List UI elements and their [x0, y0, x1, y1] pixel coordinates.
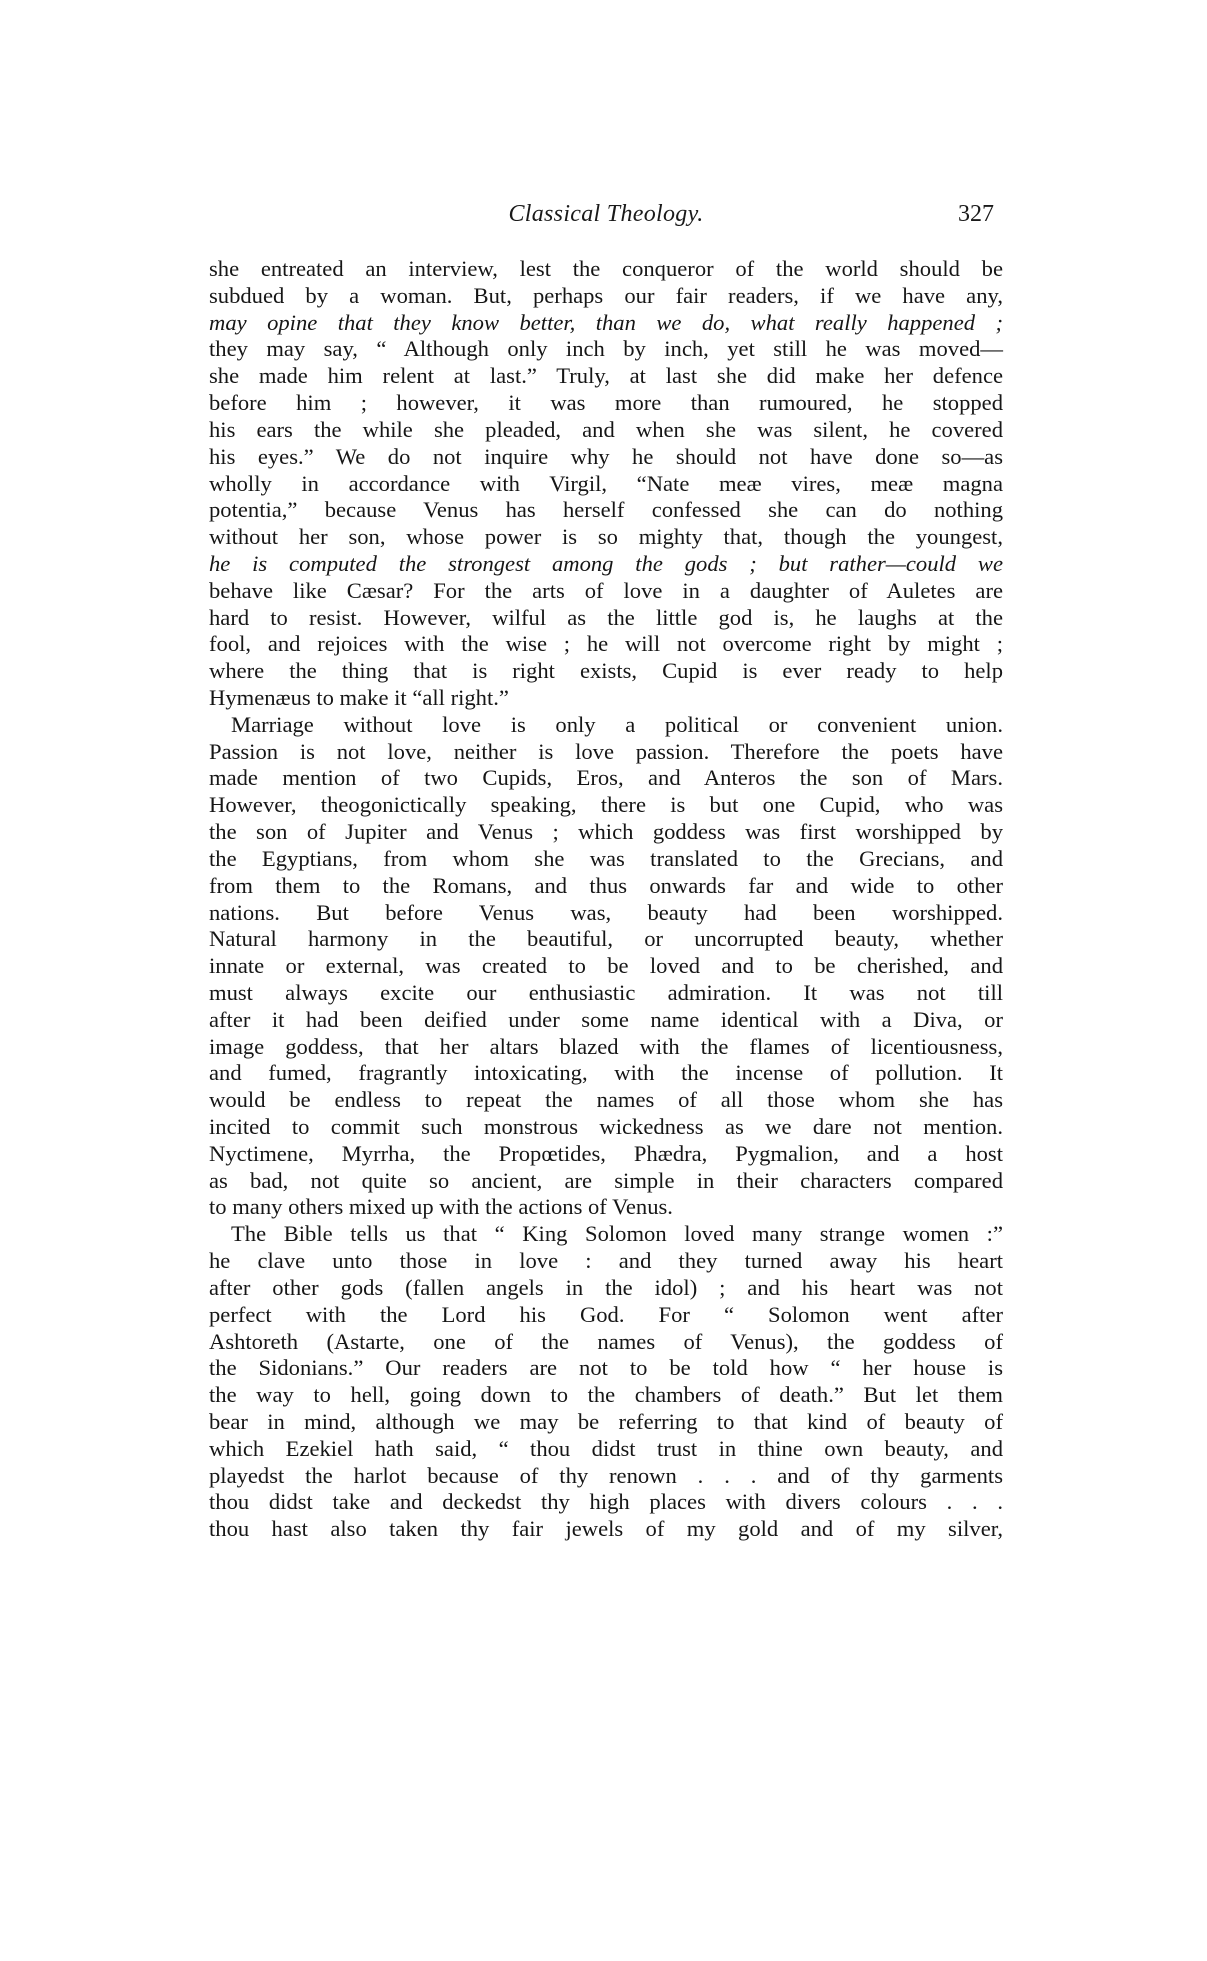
- text-line: after it had been deified under some nam…: [209, 1007, 1003, 1034]
- text-line: subdued by a woman. But, perhaps our fai…: [209, 283, 1003, 310]
- text-line: the Sidonians.” Our readers are not to b…: [209, 1355, 1003, 1382]
- text-line: and fumed, fragrantly intoxicating, with…: [209, 1060, 1003, 1087]
- text-line: Marriage without love is only a politica…: [209, 712, 1003, 739]
- text-line: behave like Cæsar? For the arts of love …: [209, 578, 1003, 605]
- text-line: Passion is not love, neither is love pas…: [209, 739, 1003, 766]
- text-line: made mention of two Cupids, Eros, and An…: [209, 765, 1003, 792]
- text-line: the Egyptians, from whom she was transla…: [209, 846, 1003, 873]
- text-line: thou didst take and deckedst thy high pl…: [209, 1489, 1003, 1516]
- text-line: image goddess, that her altars blazed wi…: [209, 1034, 1003, 1061]
- text-line: Ashtoreth (Astarte, one of the names of …: [209, 1329, 1003, 1356]
- text-line: Natural harmony in the beautiful, or unc…: [209, 926, 1003, 953]
- text-line: innate or external, was created to be lo…: [209, 953, 1003, 980]
- text-line: his ears the while she pleaded, and when…: [209, 417, 1003, 444]
- text-line: wholly in accordance with Virgil, “Nate …: [209, 471, 1003, 498]
- text-line: he is computed the strongest among the g…: [209, 551, 1003, 578]
- text-line: where the thing that is right exists, Cu…: [209, 658, 1003, 685]
- text-line: which Ezekiel hath said, “ thou didst tr…: [209, 1436, 1003, 1463]
- text-line: Nyctimene, Myrrha, the Propœtides, Phædr…: [209, 1141, 1003, 1168]
- text-line: fool, and rejoices with the wise ; he wi…: [209, 631, 1003, 658]
- text-line: incited to commit such monstrous wickedn…: [209, 1114, 1003, 1141]
- text-line: must always excite our enthusiastic admi…: [209, 980, 1003, 1007]
- paragraph: The Bible tells us that “ King Solomon l…: [209, 1221, 1003, 1543]
- paragraph: she entreated an interview, lest the con…: [209, 256, 1003, 712]
- text-line: hard to resist. However, wilful as the l…: [209, 605, 1003, 632]
- page-number: 327: [958, 196, 994, 232]
- paragraph: Marriage without love is only a politica…: [209, 712, 1003, 1221]
- text-line: without her son, whose power is so might…: [209, 524, 1003, 551]
- text-line: they may say, “ Although only inch by in…: [209, 336, 1003, 363]
- text-line: from them to the Romans, and thus onward…: [209, 873, 1003, 900]
- book-page: Classical Theology. 327 she entreated an…: [0, 0, 1207, 1961]
- text-line: playedst the harlot because of thy renow…: [209, 1463, 1003, 1490]
- text-line: to many others mixed up with the actions…: [209, 1194, 1003, 1221]
- text-line: potentia,” because Venus has herself con…: [209, 497, 1003, 524]
- text-line: after other gods (fallen angels in the i…: [209, 1275, 1003, 1302]
- text-line: would be endless to repeat the names of …: [209, 1087, 1003, 1114]
- text-line: she made him relent at last.” Truly, at …: [209, 363, 1003, 390]
- text-line: before him ; however, it was more than r…: [209, 390, 1003, 417]
- text-line: the son of Jupiter and Venus ; which god…: [209, 819, 1003, 846]
- text-line: his eyes.” We do not inquire why he shou…: [209, 444, 1003, 471]
- text-line: he clave unto those in love : and they t…: [209, 1248, 1003, 1275]
- running-title: Classical Theology.: [208, 196, 1004, 232]
- text-line: However, theogonictically speaking, ther…: [209, 792, 1003, 819]
- text-line: the way to hell, going down to the chamb…: [209, 1382, 1003, 1409]
- text-line: perfect with the Lord his God. For “ Sol…: [209, 1302, 1003, 1329]
- text-line: she entreated an interview, lest the con…: [209, 256, 1003, 283]
- text-line: The Bible tells us that “ King Solomon l…: [209, 1221, 1003, 1248]
- running-head: Classical Theology. 327: [208, 196, 1004, 232]
- text-line: as bad, not quite so ancient, are simple…: [209, 1168, 1003, 1195]
- text-line: may opine that they know better, than we…: [209, 310, 1003, 337]
- text-line: thou hast also taken thy fair jewels of …: [209, 1516, 1003, 1543]
- body-text: she entreated an interview, lest the con…: [209, 256, 1003, 1543]
- text-line: Hymenæus to make it “all right.”: [209, 685, 1003, 712]
- text-line: bear in mind, although we may be referri…: [209, 1409, 1003, 1436]
- text-line: nations. But before Venus was, beauty ha…: [209, 900, 1003, 927]
